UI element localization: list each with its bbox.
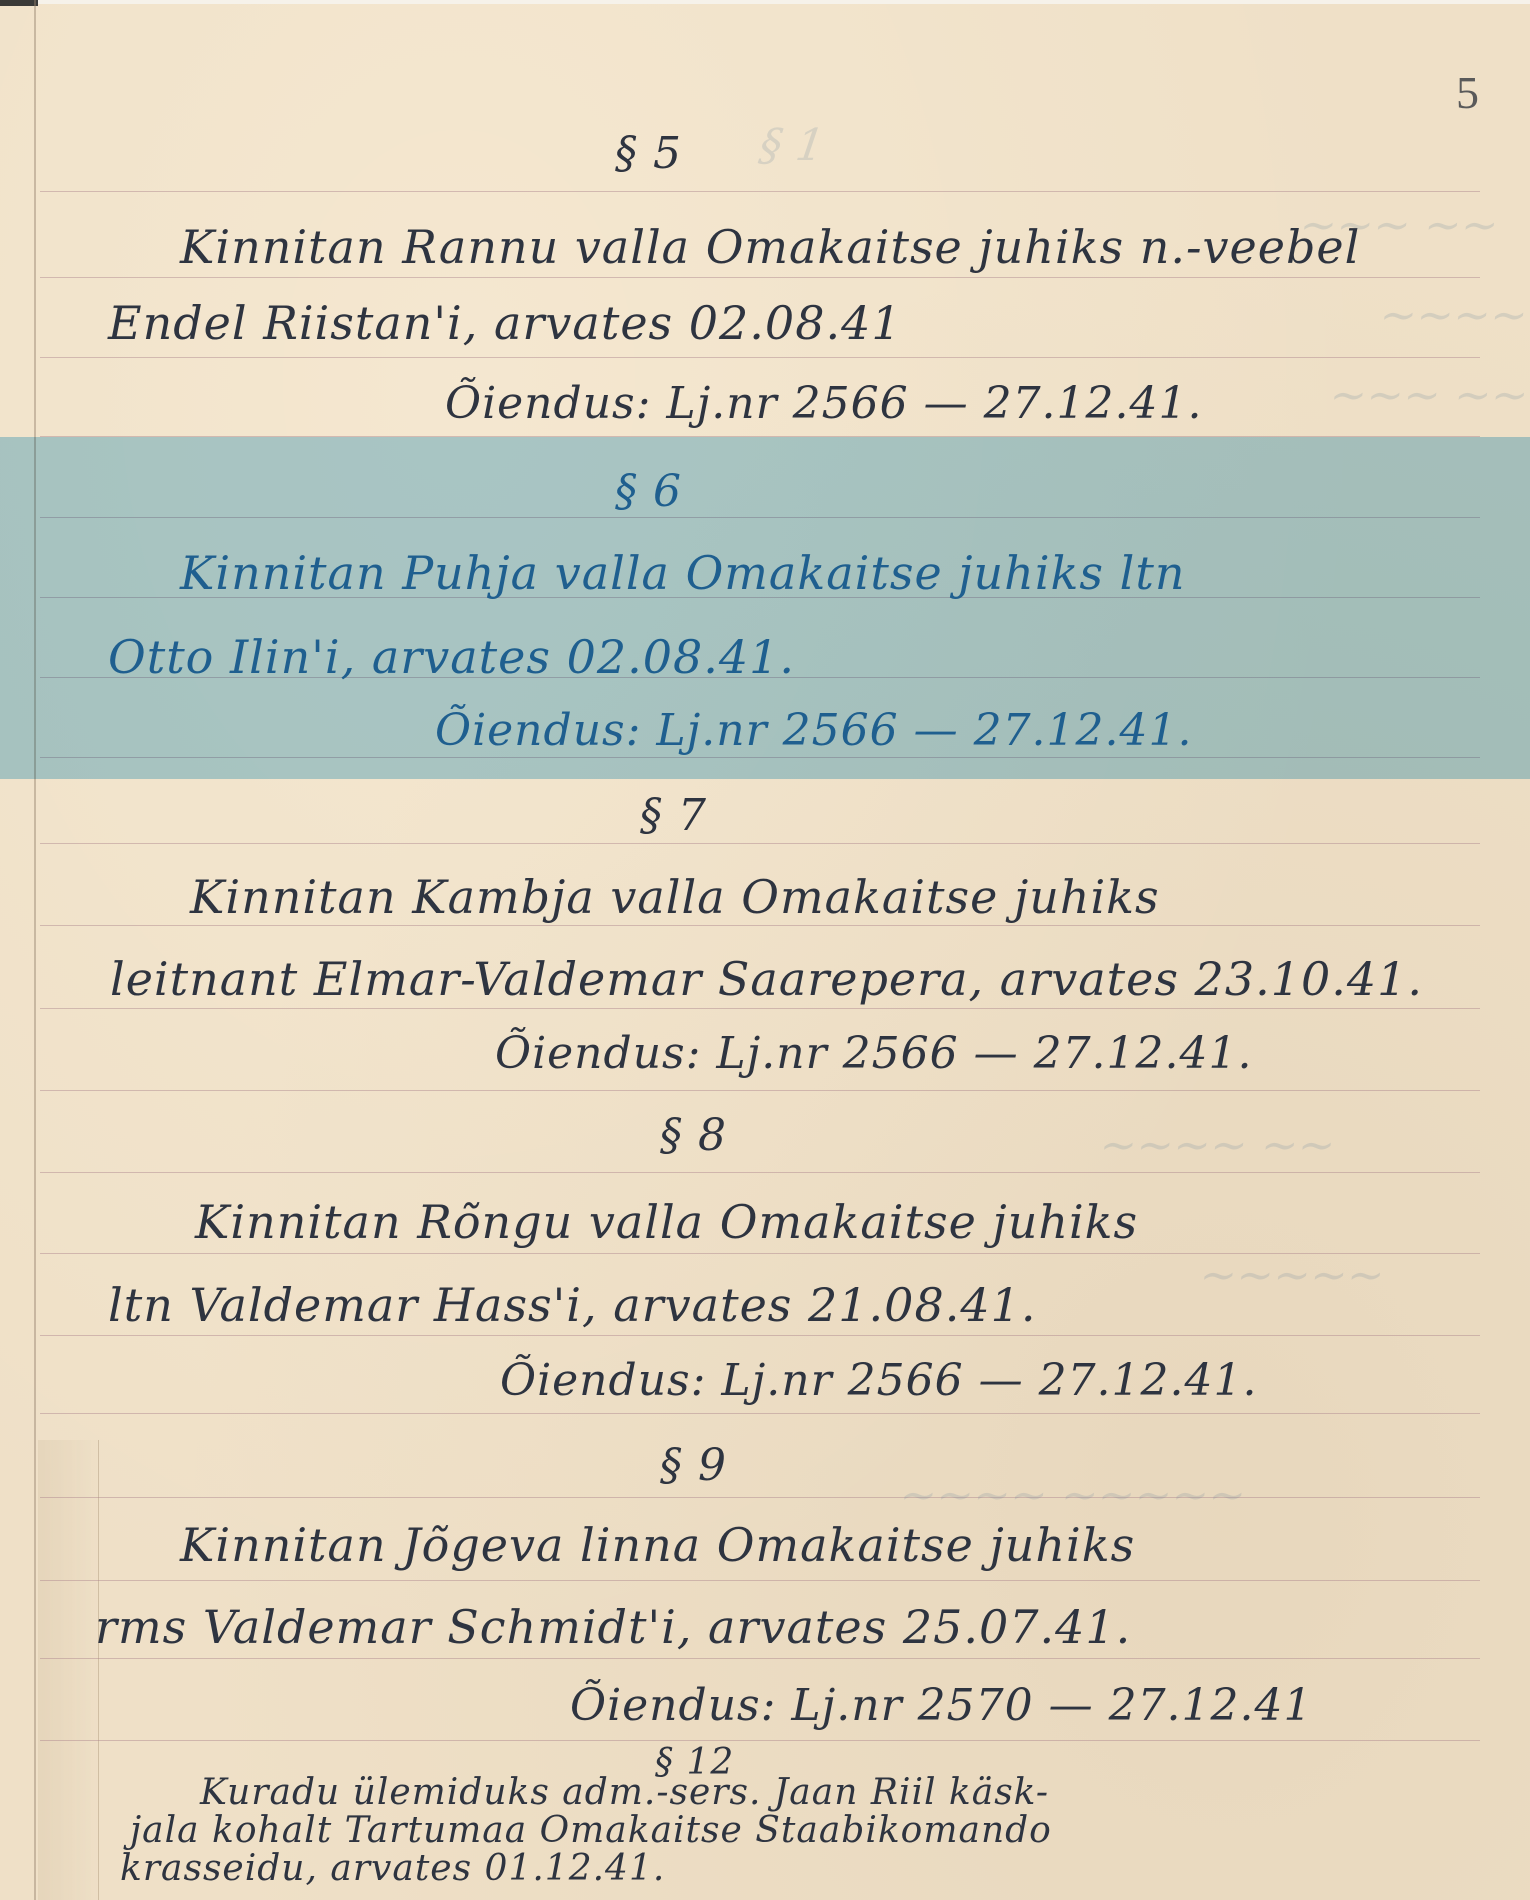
margin-line [34, 0, 36, 1900]
bleed-through-text: ~~~~~ [1376, 290, 1530, 341]
section-line: Otto Ilin'i, arvates 02.08.41. [108, 630, 795, 684]
bleed-through-text: ~~~~ ~~ [1096, 1120, 1338, 1171]
ruled-line [40, 1090, 1480, 1091]
section-mark: § 7 [640, 790, 707, 841]
section-line: Kuradu ülemiduks adm.-sers. Jaan Riil kä… [200, 1772, 1049, 1813]
bleed-through-text: ~~~~ ~~~~~ [896, 1470, 1249, 1521]
bleed-through-text: § 1 [756, 120, 827, 171]
section-note: Õiendus: Lj.nr 2566 — 27.12.41. [500, 1355, 1258, 1406]
ruled-line [40, 1658, 1480, 1659]
section-line: Kinnitan Rannu valla Omakaitse juhiks n.… [180, 220, 1360, 274]
ruled-line [40, 1497, 1480, 1498]
ruled-line [40, 1335, 1480, 1336]
folded-corner [38, 1440, 99, 1900]
section-line: Kinnitan Kambja valla Omakaitse juhiks [190, 870, 1160, 924]
section-line: Endel Riistan'i, arvates 02.08.41 [108, 296, 902, 350]
ruled-line [40, 357, 1480, 358]
section-line: krasseidu, arvates 01.12.41. [120, 1848, 665, 1889]
ruled-line [40, 1413, 1480, 1414]
section-line: rms Valdemar Schmidt'i, arvates 25.07.41… [95, 1600, 1131, 1654]
section-note: Õiendus: Lj.nr 2570 — 27.12.41 [570, 1680, 1313, 1731]
page-number: 5 [1456, 66, 1479, 119]
section-line: ltn Valdemar Hass'i, arvates 21.08.41. [108, 1278, 1037, 1332]
section-mark: § 6 [615, 466, 682, 517]
section-mark: § 9 [660, 1440, 727, 1491]
section-line: Kinnitan Jõgeva linna Omakaitse juhiks [180, 1518, 1135, 1572]
ruled-line [40, 1580, 1480, 1581]
section-line: Kinnitan Puhja valla Omakaitse juhiks lt… [180, 546, 1185, 600]
section-mark: § 5 [615, 128, 682, 179]
ruled-line [40, 191, 1480, 192]
ruled-line [40, 1008, 1480, 1009]
section-mark: § 8 [660, 1110, 727, 1161]
binding-clip [0, 0, 38, 6]
bleed-through-text: ~~~~~ [1196, 1250, 1388, 1301]
ruled-line [40, 1740, 1480, 1741]
section-line: leitnant Elmar-Valdemar Saarepera, arvat… [110, 952, 1423, 1006]
scan-edge [0, 0, 1530, 4]
section-line: jala kohalt Tartumaa Omakaitse Staabikom… [130, 1810, 1052, 1851]
ruled-line [40, 277, 1480, 278]
ruled-line [40, 843, 1480, 844]
ruled-line [40, 925, 1480, 926]
ruled-line [40, 1172, 1480, 1173]
section-note: Õiendus: Lj.nr 2566 — 27.12.41. [435, 705, 1193, 756]
section-note: Õiendus: Lj.nr 2566 — 27.12.41. [495, 1028, 1253, 1079]
bleed-through-text: ~~~ ~~ [1326, 370, 1530, 421]
section-note: Õiendus: Lj.nr 2566 — 27.12.41. [445, 378, 1203, 429]
section-line: Kinnitan Rõngu valla Omakaitse juhiks [195, 1195, 1138, 1249]
document-page: § 1 ~~~ ~~ ~~~~~ ~~~ ~~ ~~~~ ~~ ~~~~~ ~~… [0, 0, 1530, 1900]
